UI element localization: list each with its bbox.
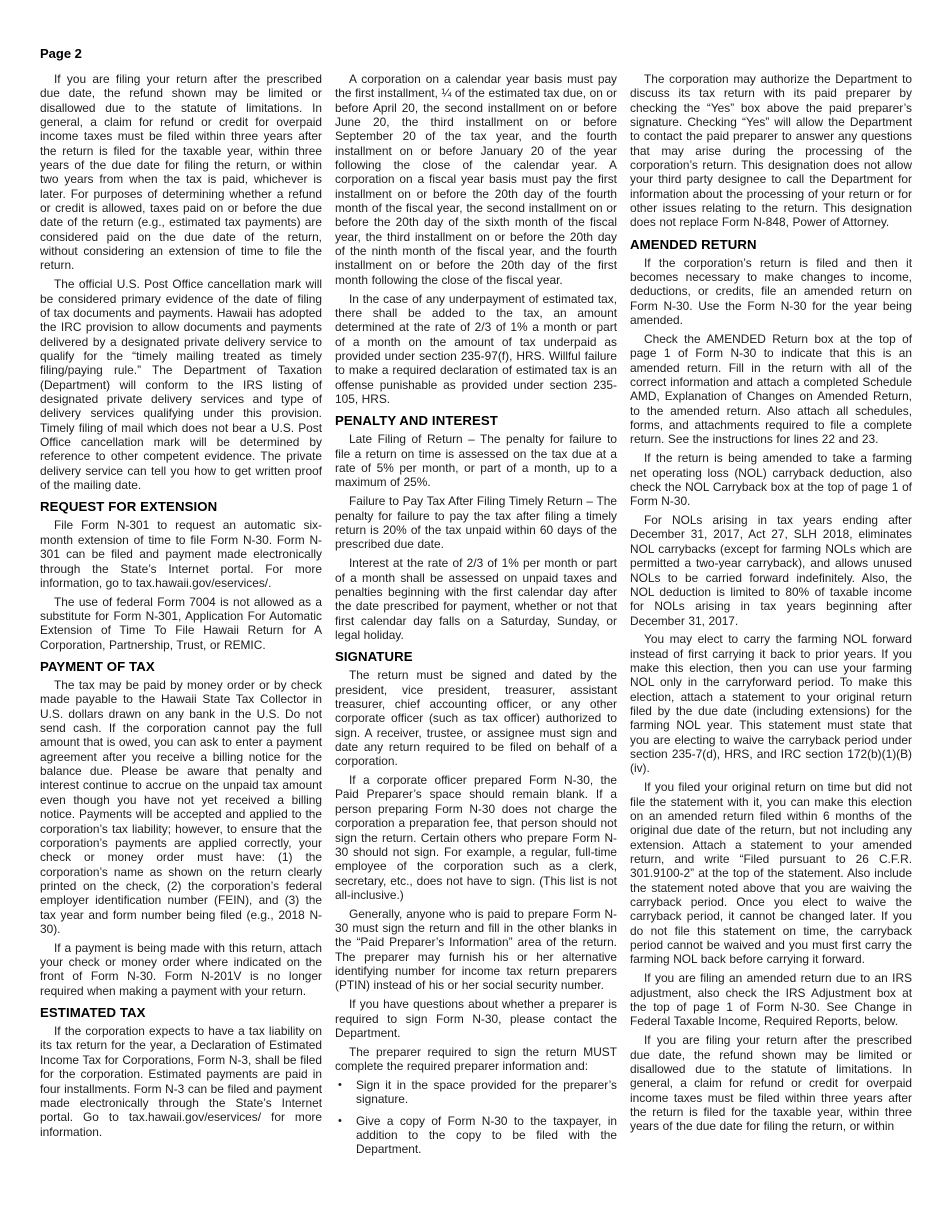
paragraph-failure-to-pay-penalty: Failure to Pay Tax After Filing Timely R…	[335, 494, 617, 551]
list-item-text: Sign it in the space provided for the pr…	[356, 1078, 617, 1107]
list-item-text: Give a copy of Form N-30 to the taxpayer…	[356, 1114, 617, 1157]
paragraph-preparer-questions: If you have questions about whether a pr…	[335, 997, 617, 1040]
paragraph-estimated-tax-declaration: If the corporation expects to have a tax…	[40, 1024, 322, 1139]
column-1: If you are filing your return after the …	[40, 72, 322, 1164]
paragraph-text: you receive a billing notice for the bal…	[40, 750, 322, 936]
paragraph-late-filing-penalty: Late Filing of Return – The penalty for …	[335, 432, 617, 489]
emphasis-after: after	[102, 750, 126, 764]
paragraph-irs-adjustment: If you are filing an amended return due …	[630, 971, 912, 1028]
paragraph-who-must-sign: The return must be signed and dated by t…	[335, 668, 617, 768]
paragraph-underpayment: In the case of any underpayment of estim…	[335, 292, 617, 407]
section-heading-signature: SIGNATURE	[335, 649, 617, 664]
section-heading-penalty-and-interest: PENALTY AND INTEREST	[335, 413, 617, 428]
paragraph-paid-preparer-space: If a corporate officer prepared Form N-3…	[335, 773, 617, 902]
section-heading-amended-return: AMENDED RETURN	[630, 237, 912, 252]
page-number-label: Page 2	[40, 46, 912, 61]
document-page: Page 2 If you are filing your return aft…	[0, 0, 950, 1230]
paragraph-installment-schedule: A corporation on a calendar year basis m…	[335, 72, 617, 287]
paragraph-interest-rate: Interest at the rate of 2/3 of 1% per mo…	[335, 556, 617, 642]
three-column-layout: If you are filing your return after the …	[40, 72, 912, 1164]
paragraph-farming-nol-election: You may elect to carry the farming NOL f…	[630, 632, 912, 775]
paragraph-text: If the corporation expects to have a tax…	[40, 1024, 322, 1124]
bullet-icon: •	[335, 1114, 356, 1157]
paragraph-paid-preparer-information: Generally, anyone who is paid to prepare…	[335, 907, 617, 993]
paragraph-nol-act-27: For NOLs arising in tax years ending aft…	[630, 513, 912, 628]
paragraph-text: , below.	[857, 1014, 898, 1028]
paragraph-authorize-department: The corporation may authorize the Depart…	[630, 72, 912, 230]
paragraph-late-statement-election: If you filed your original return on tim…	[630, 780, 912, 966]
paragraph-payment-methods: The tax may be paid by money order or by…	[40, 678, 322, 936]
paragraph-text: .	[268, 576, 271, 590]
paragraph-refund-limitations: If you are filing your return after the …	[40, 72, 322, 273]
preparer-requirements-list: •Sign it in the space provided for the p…	[335, 1078, 617, 1157]
paragraph-nol-carryback-box: If the return is being amended to take a…	[630, 451, 912, 508]
paragraph-payment-with-return: If a payment is being made with this ret…	[40, 941, 322, 998]
eservices-url-text: tax.hawaii.gov/eservices/	[136, 576, 268, 590]
section-heading-payment-of-tax: PAYMENT OF TAX	[40, 659, 322, 674]
paragraph-post-office-cancellation: The official U.S. Post Office cancellati…	[40, 277, 322, 492]
paragraph-form-n301: File Form N-301 to request an automatic …	[40, 518, 322, 590]
section-heading-request-for-extension: REQUEST FOR EXTENSION	[40, 499, 322, 514]
paragraph-federal-form-7004: The use of federal Form 7004 is not allo…	[40, 595, 322, 652]
bullet-icon: •	[335, 1078, 356, 1107]
section-heading-estimated-tax: ESTIMATED TAX	[40, 1005, 322, 1020]
paragraph-amended-return-box: Check the AMENDED Return box at the top …	[630, 332, 912, 447]
column-2: A corporation on a calendar year basis m…	[335, 72, 617, 1164]
paragraph-refund-limitations-repeat: If you are filing your return after the …	[630, 1033, 912, 1133]
paragraph-amended-return-intro: If the corporation’s return is filed and…	[630, 256, 912, 328]
eservices-url-text: tax.hawaii.gov/eservices/	[129, 1110, 261, 1124]
paragraph-preparer-must-complete: The preparer required to sign the return…	[335, 1045, 617, 1074]
list-item: •Sign it in the space provided for the p…	[335, 1078, 617, 1107]
list-item: •Give a copy of Form N-30 to the taxpaye…	[335, 1114, 617, 1157]
column-3: The corporation may authorize the Depart…	[630, 72, 912, 1164]
